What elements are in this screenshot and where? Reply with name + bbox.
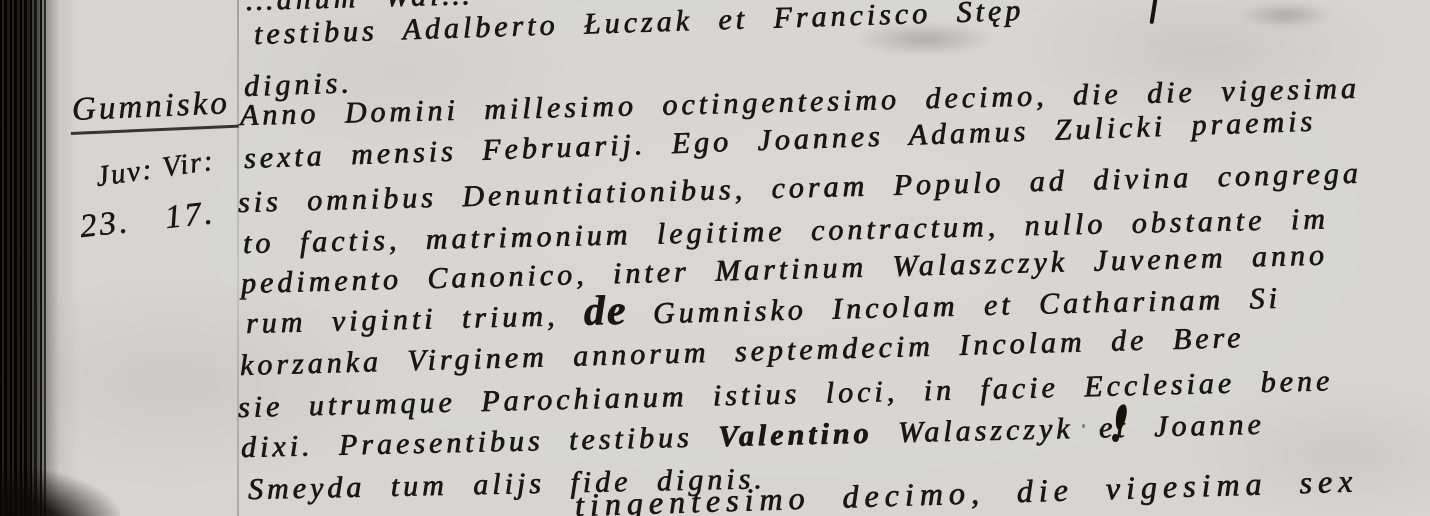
- line-text: Walaszczyk et Joanne: [872, 408, 1265, 450]
- ink-blot-tail: [1114, 403, 1128, 430]
- margin-place-name: Gumnisko: [69, 85, 239, 135]
- ink-blot-dot: [1112, 434, 1119, 442]
- emphasized-word: de: [583, 288, 628, 335]
- line-text: rum viginti trium,: [246, 299, 585, 340]
- margin-column-rule: [237, 0, 239, 516]
- ink-bleed-smudge: [1240, 2, 1332, 28]
- register-page-scan: Gumnisko Juv: Vir: 23. 17. …anum Wal… te…: [0, 0, 1430, 516]
- ink-blot-icon: [1106, 404, 1146, 450]
- cut-off-pen-stroke: [1150, 0, 1159, 24]
- line-text: dixi. Praesentibus testibus: [241, 420, 719, 464]
- ink-bleed-smudge: [855, 22, 995, 56]
- margin-ages: 23. 17.: [78, 195, 217, 246]
- book-binding-edge: [0, 0, 78, 516]
- margin-status-abbreviation: Juv: Vir:: [94, 144, 217, 193]
- emphasized-word: Valentino: [718, 417, 873, 453]
